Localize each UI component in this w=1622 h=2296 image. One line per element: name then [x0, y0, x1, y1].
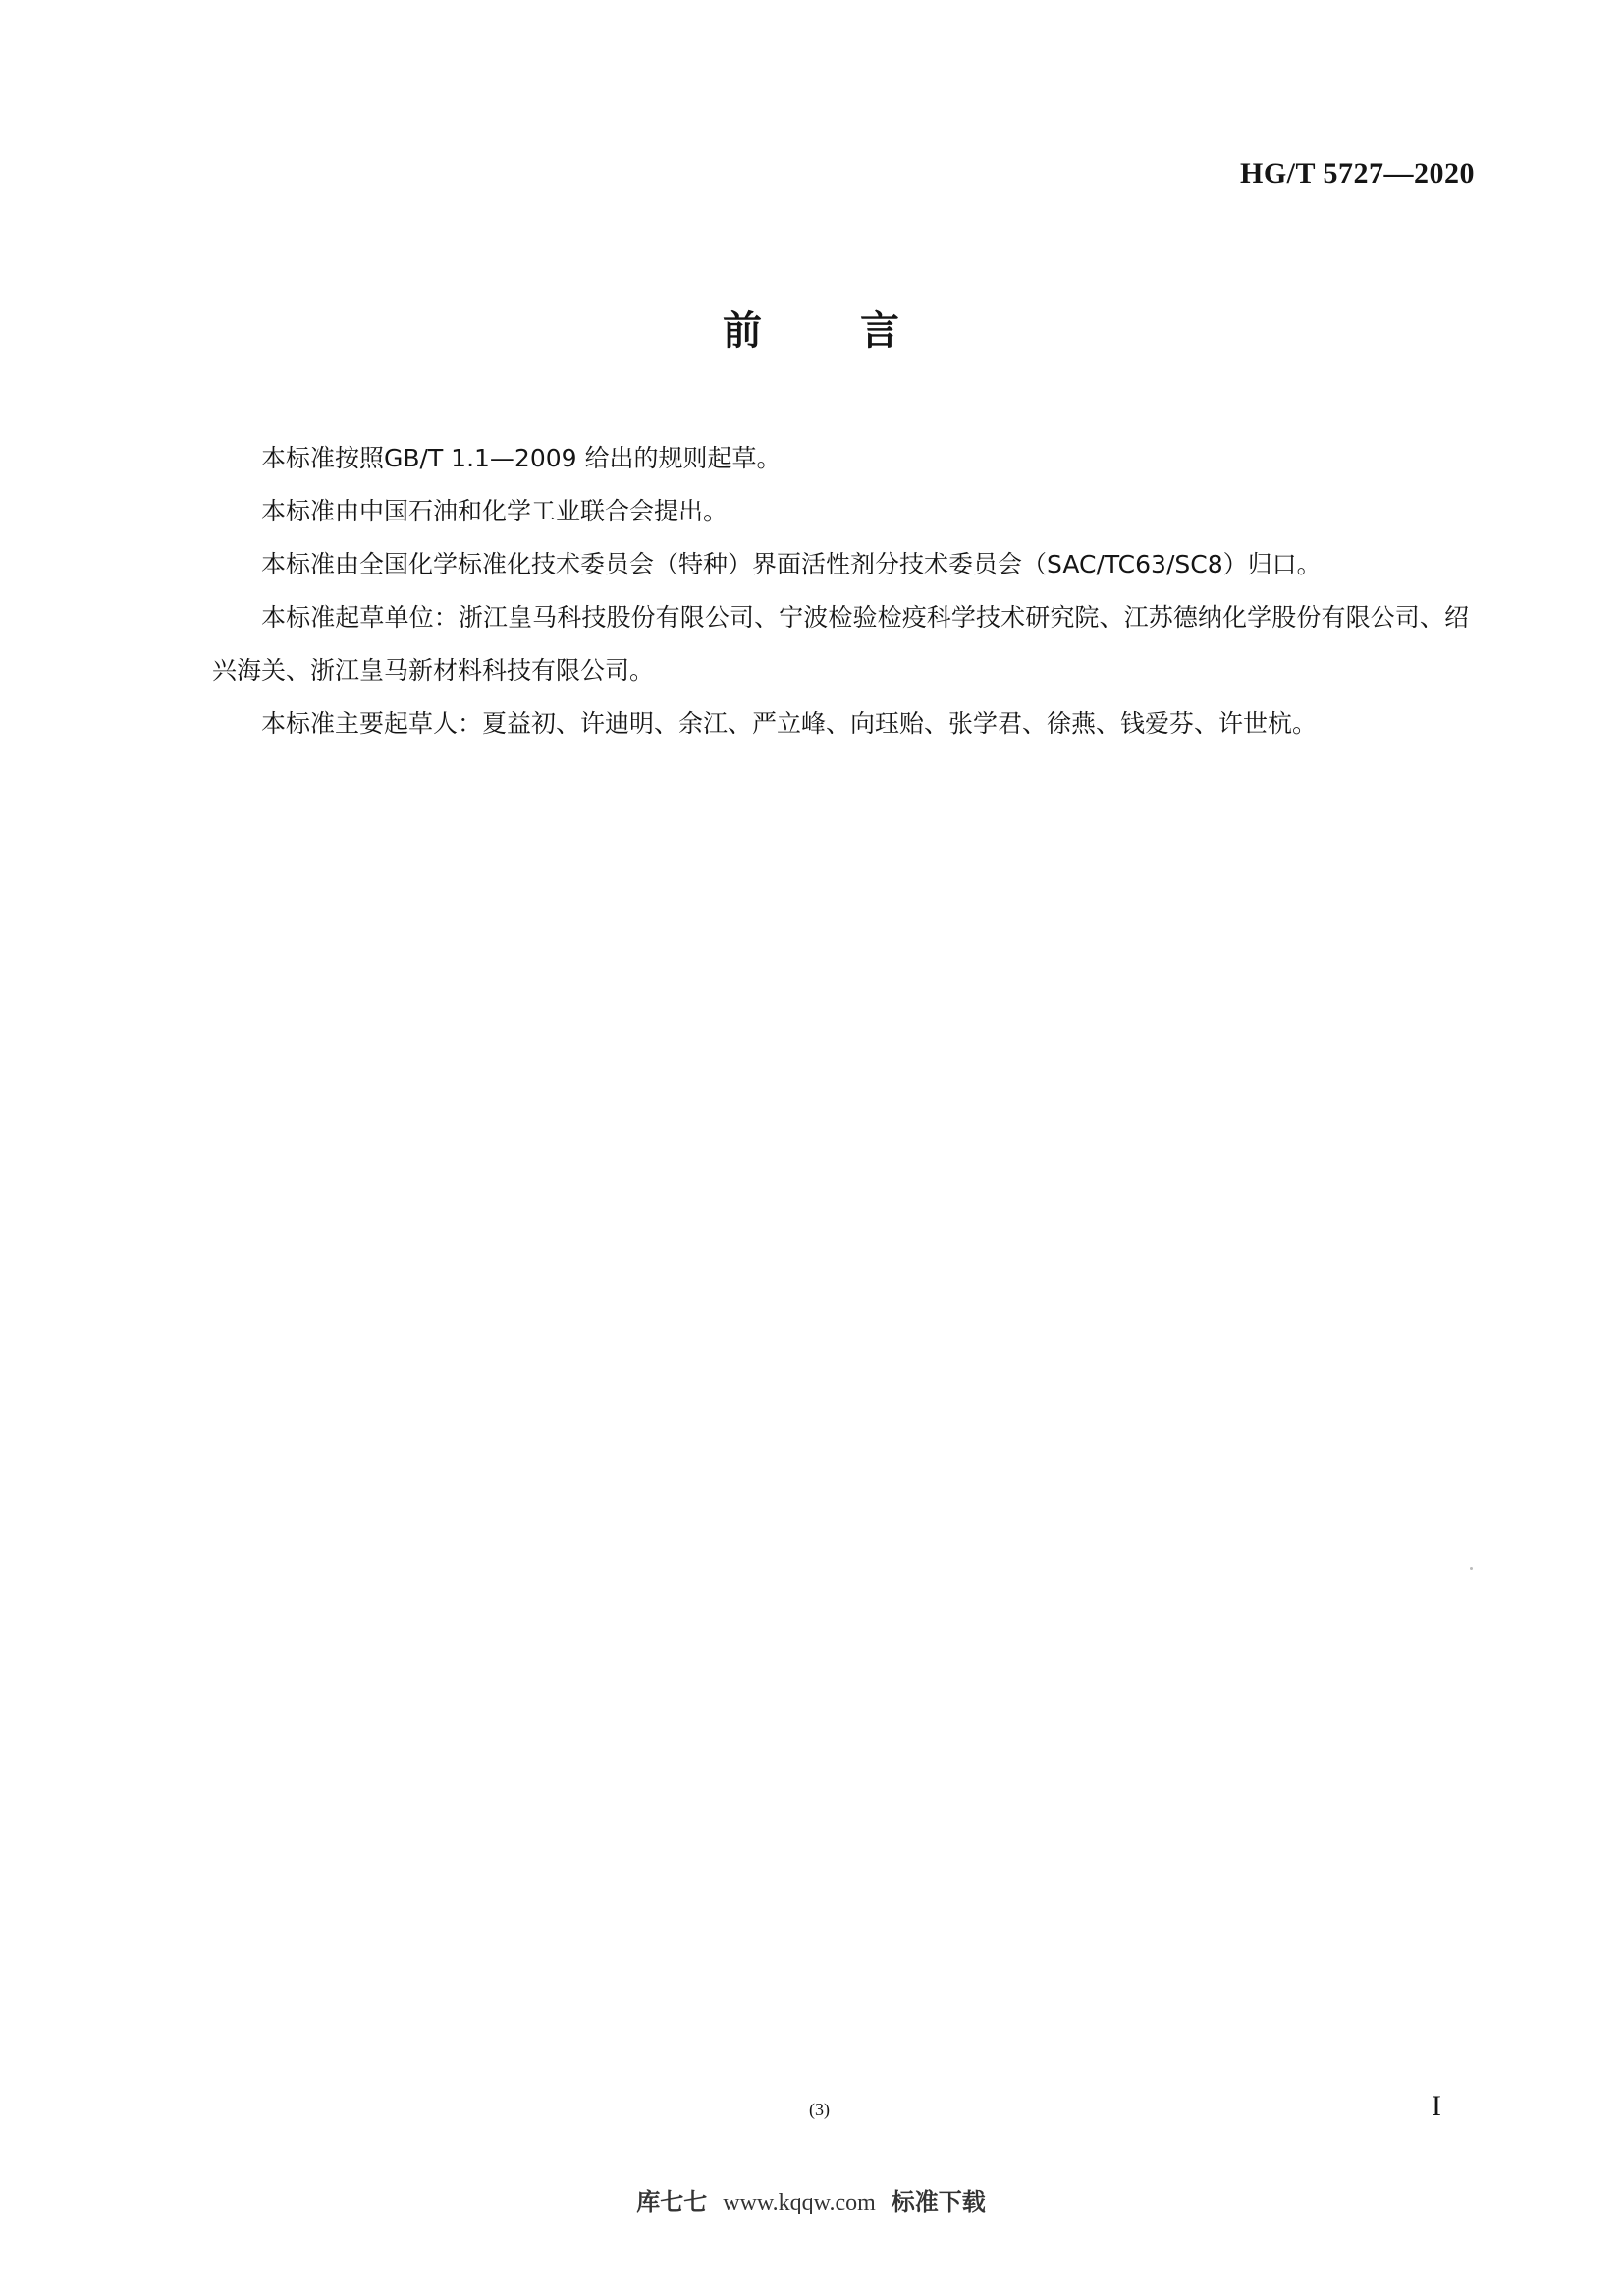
footer-code: (3)	[809, 2100, 830, 2120]
paragraph-drafting-units: 本标准起草单位：浙江皇马科技股份有限公司、宁波检验检疫科学技术研究院、江苏德纳化…	[212, 591, 1469, 697]
paragraph-drafters: 本标准主要起草人：夏益初、许迪明、余江、严立峰、向珏贻、张学君、徐燕、钱爱芬、许…	[212, 697, 1469, 750]
page-number: I	[1432, 2090, 1441, 2123]
paragraph-administered-by: 本标准由全国化学标准化技术委员会（特种）界面活性剂分技术委员会（SAC/TC63…	[212, 538, 1469, 591]
paragraph-proposed-by: 本标准由中国石油和化学工业联合会提出。	[212, 485, 1469, 538]
watermark-suffix: 标准下载	[892, 2188, 986, 2215]
watermark-url: www.kqqw.com	[723, 2190, 876, 2215]
paragraph-drafting-rules: 本标准按照GB/T 1.1—2009 给出的规则起草。	[212, 432, 1469, 485]
page-title: 前言	[0, 300, 1622, 355]
watermark: 库七七 www.kqqw.com 标准下载	[0, 2182, 1622, 2216]
watermark-prefix: 库七七	[636, 2188, 707, 2215]
foreword-body: 本标准按照GB/T 1.1—2009 给出的规则起草。 本标准由中国石油和化学工…	[212, 432, 1469, 750]
standard-code: HG/T 5727—2020	[1240, 157, 1475, 191]
scan-speck	[1470, 1567, 1473, 1570]
